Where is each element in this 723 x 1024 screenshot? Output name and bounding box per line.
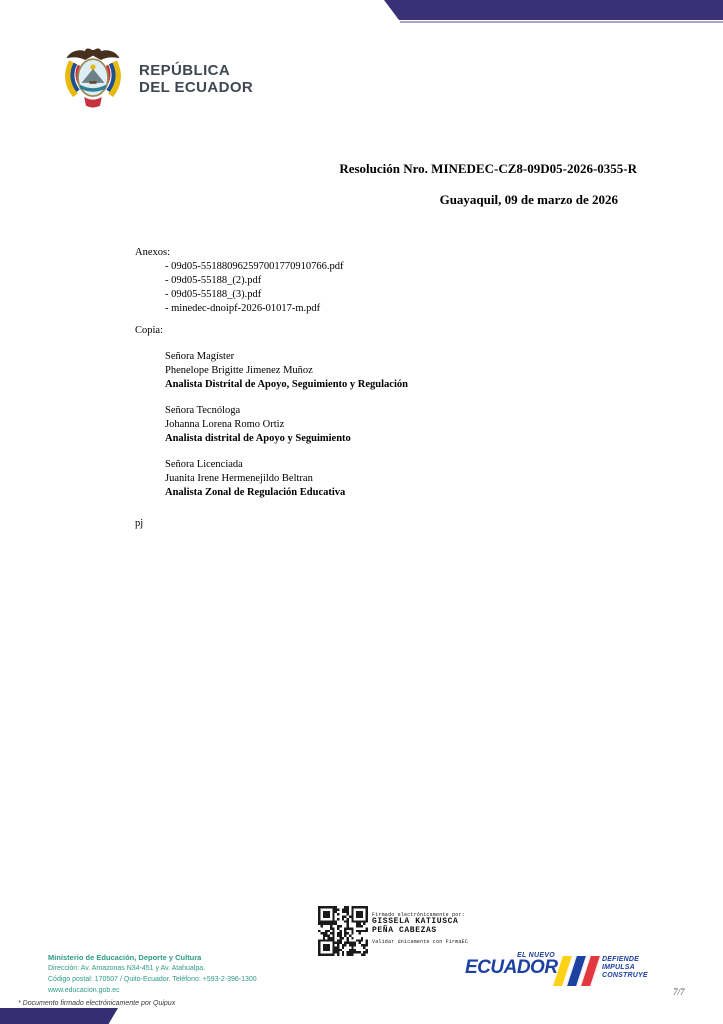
copia-recipient: Señora Licenciada Juanita Irene Hermenej… <box>165 458 565 500</box>
resolution-place-date: Guayaquil, 09 de marzo de 2026 <box>440 192 618 208</box>
brand-stripes <box>557 955 596 987</box>
top-corner-bar <box>384 0 723 20</box>
anexos-list: - 09d05-551880962597001770910766.pdf - 0… <box>165 260 565 316</box>
republic-title-line1: REPÚBLICA <box>139 62 253 79</box>
signature-block: Firmado electrónicamente por: GISSELA KA… <box>318 906 468 956</box>
recipient-salutation: Señora Tecnóloga <box>165 404 565 418</box>
anexos-item: - minedec-dnoipf-2026-01017-m.pdf <box>165 302 565 316</box>
drafter-initials: pj <box>135 517 565 531</box>
recipient-role: Analista Zonal de Regulación Educativa <box>165 486 565 500</box>
footer-contact-info: Ministerio de Educación, Deporte y Cultu… <box>48 952 257 996</box>
recipient-name: Phenelope Brigitte Jimenez Muñoz <box>165 364 565 378</box>
brand-slogan-line: DEFIENDE <box>602 956 648 964</box>
signer-name-line2: PEÑA CABEZAS <box>372 927 468 936</box>
anexos-item: - 09d05-551880962597001770910766.pdf <box>165 260 565 274</box>
recipient-name: Juanita Irene Hermenejildo Beltran <box>165 472 565 486</box>
brand-slogan-line: CONSTRUYE <box>602 972 648 980</box>
footer-website: www.educacion.gob.ec <box>48 985 257 996</box>
resolution-number: Resolución Nro. MINEDEC-CZ8-09D05-2026-0… <box>339 161 637 177</box>
footer-postal-phone: Código postal: 170507 / Quito-Ecuador. T… <box>48 974 257 985</box>
anexos-item: - 09d05-55188_(2).pdf <box>165 274 565 288</box>
ecuador-coat-of-arms-icon <box>56 44 130 113</box>
footer-address: Dirección: Av. Amazonas N34-451 y Av. At… <box>48 963 257 974</box>
copia-recipient: Señora Magíster Phenelope Brigitte Jimen… <box>165 350 565 392</box>
recipient-name: Johanna Lorena Romo Ortiz <box>165 418 565 432</box>
recipient-salutation: Señora Licenciada <box>165 458 565 472</box>
top-corner-bar-underline <box>400 21 723 23</box>
copia-label: Copia: <box>135 324 565 338</box>
bottom-corner-bar <box>0 1008 118 1024</box>
anexos-item: - 09d05-55188_(3).pdf <box>165 288 565 302</box>
brand-wordmark: ECUADOR <box>465 957 558 979</box>
government-brand-logo: EL NUEVO ECUADOR DEFIENDE IMPULSA CONSTR… <box>465 952 645 992</box>
republic-title-line2: DEL ECUADOR <box>139 79 253 96</box>
recipient-role: Analista distrital de Apoyo y Seguimient… <box>165 432 565 446</box>
document-body: Anexos: - 09d05-551880962597001770910766… <box>135 246 565 531</box>
signature-text: Firmado electrónicamente por: GISSELA KA… <box>372 906 468 945</box>
anexos-label: Anexos: <box>135 246 565 260</box>
copia-recipient: Señora Tecnóloga Johanna Lorena Romo Ort… <box>165 404 565 446</box>
signature-note: Validar únicamente con FirmaEC <box>372 939 468 945</box>
footer-ministry-name: Ministerio de Educación, Deporte y Cultu… <box>48 952 257 963</box>
header-logo: REPÚBLICA DEL ECUADOR <box>56 44 253 113</box>
republic-title: REPÚBLICA DEL ECUADOR <box>139 62 253 96</box>
document-page: REPÚBLICA DEL ECUADOR Resolución Nro. MI… <box>0 0 723 1024</box>
recipient-role: Analista Distrital de Apoyo, Seguimiento… <box>165 378 565 392</box>
qr-code <box>318 906 368 956</box>
quipux-note: * Documento firmado electrónicamente por… <box>18 1000 175 1007</box>
brand-slogan: DEFIENDE IMPULSA CONSTRUYE <box>602 956 648 980</box>
brand-slogan-line: IMPULSA <box>602 964 648 972</box>
recipient-salutation: Señora Magíster <box>165 350 565 364</box>
page-number: 7/7 <box>673 987 685 997</box>
